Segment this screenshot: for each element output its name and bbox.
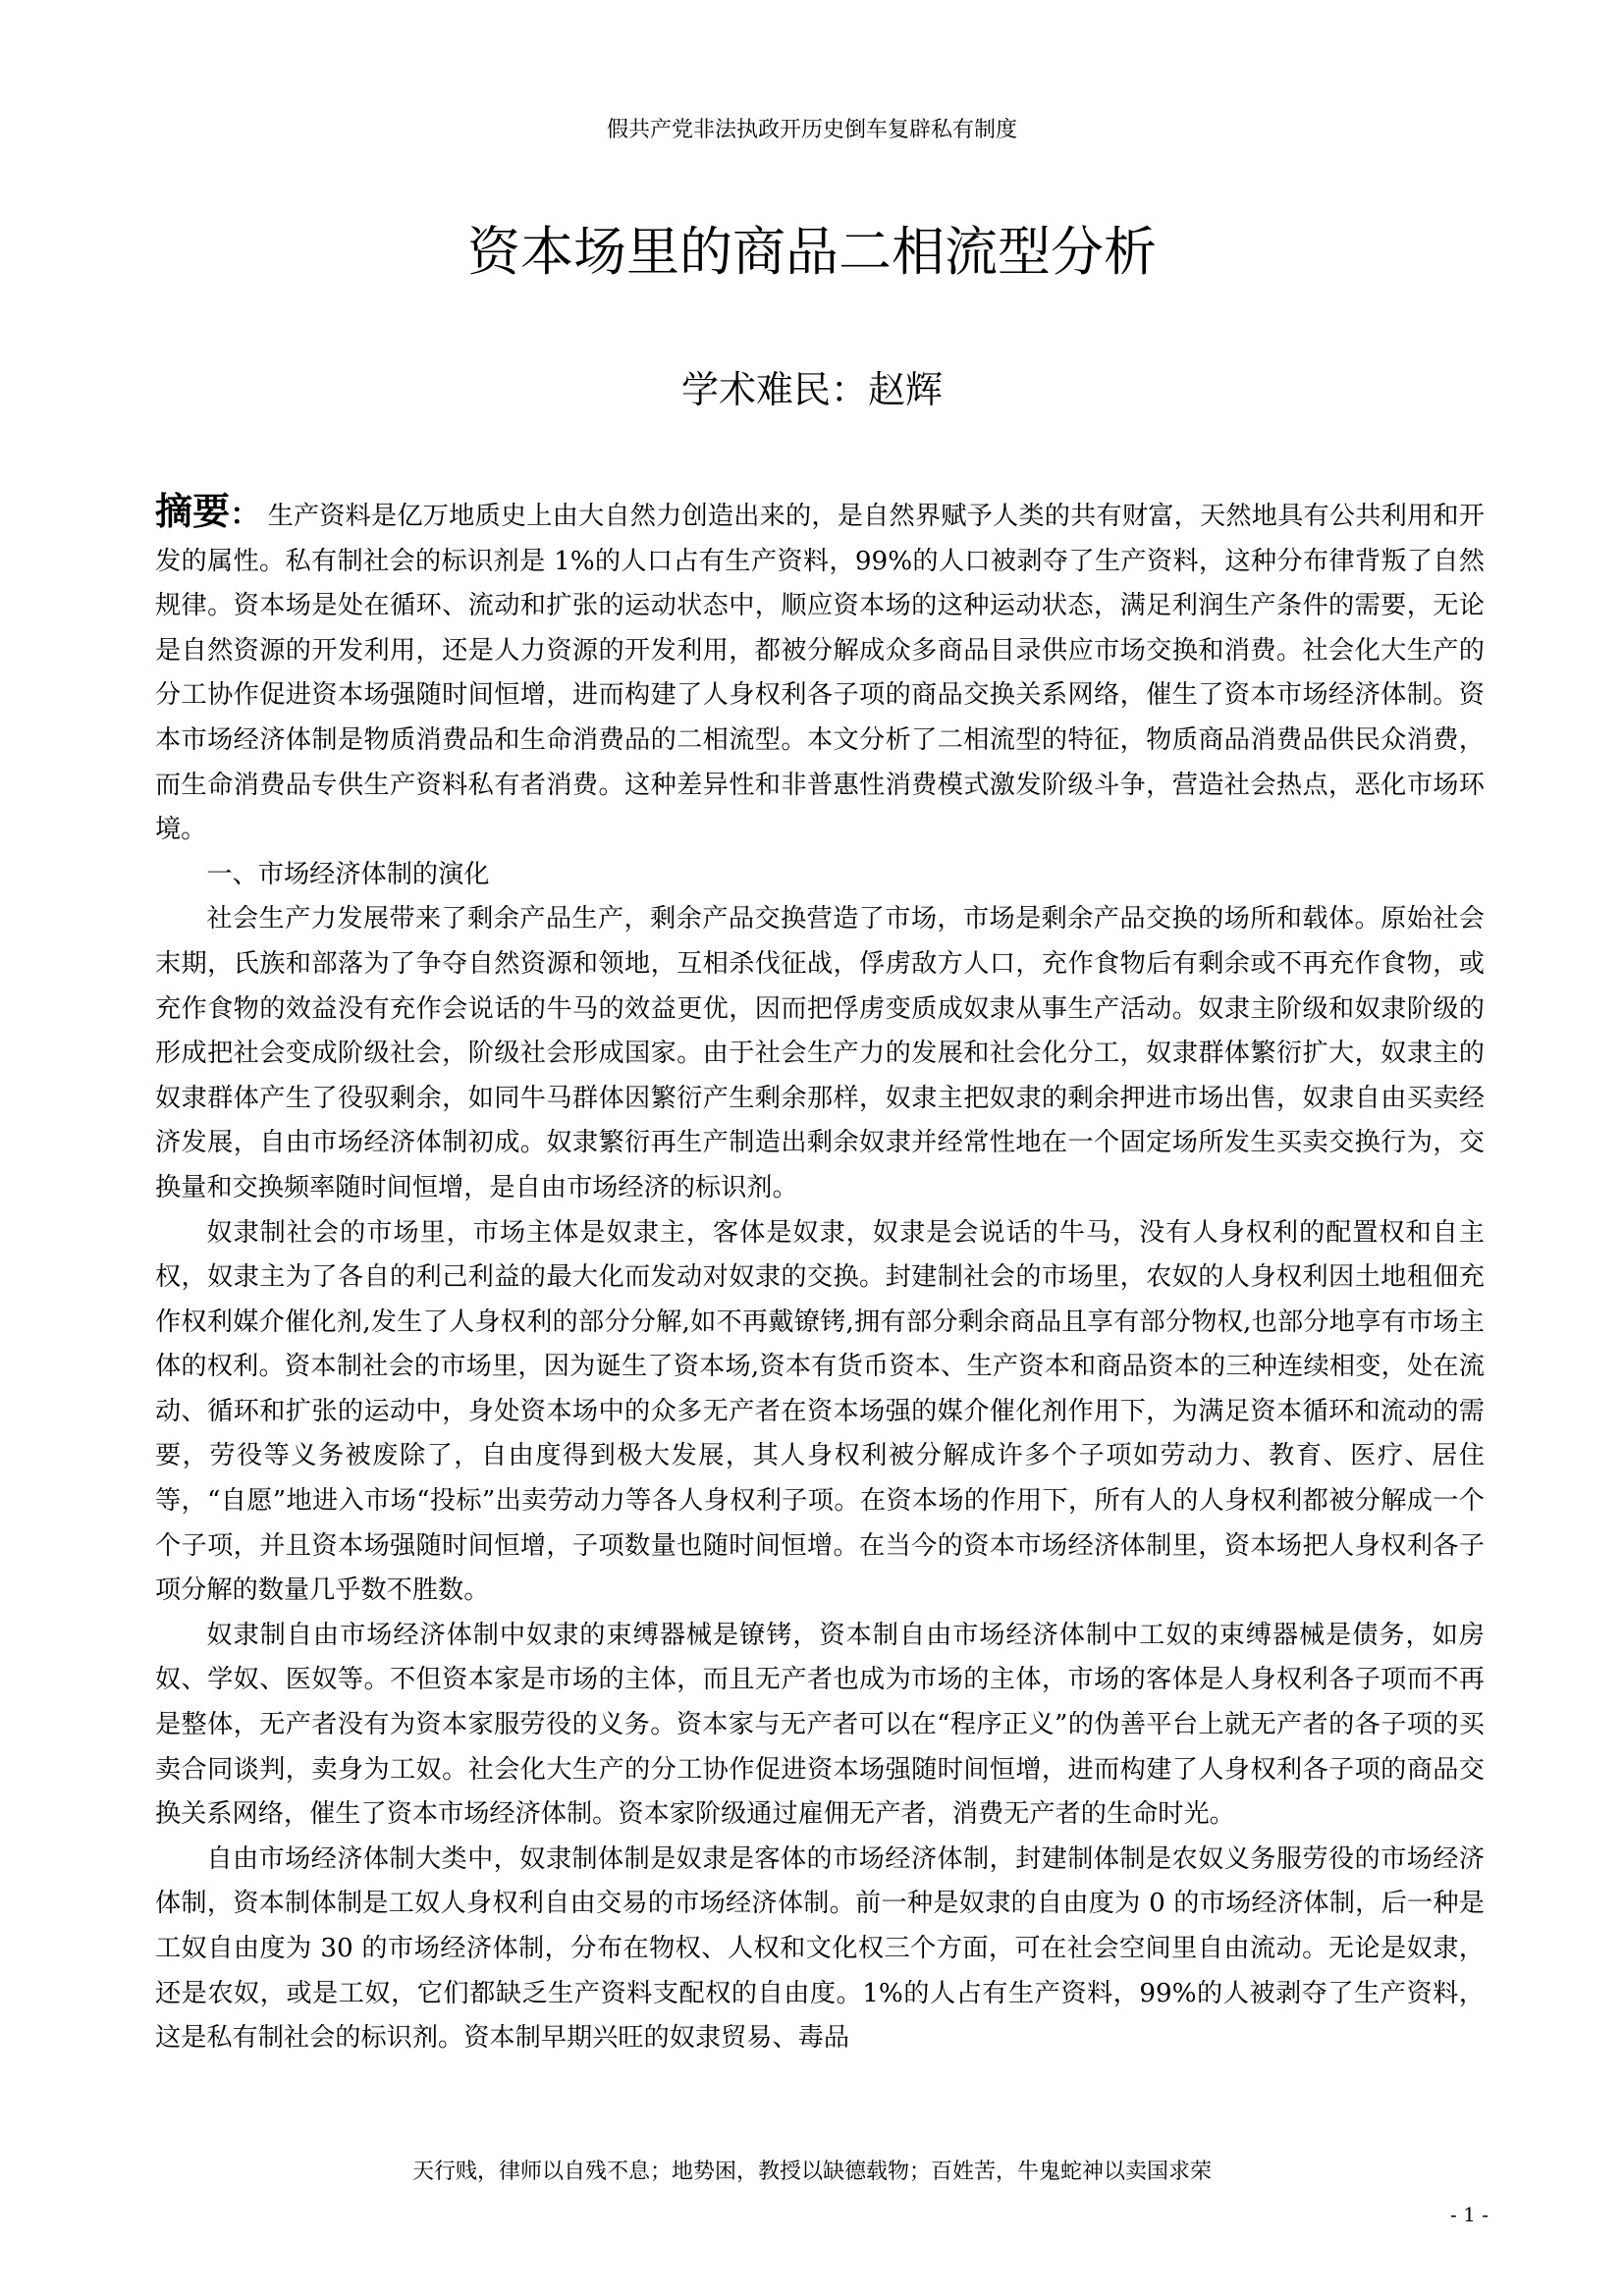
abstract-label: 摘要： (155, 489, 260, 533)
abstract-label-text: 摘要 (155, 489, 230, 533)
abstract-text: 生产资料是亿万地质史上由大自然力创造出来的，是自然界赋予人类的共有财富，天然地具… (155, 502, 1485, 844)
running-footer: 天行贱，律师以自残不息；地势困，教授以缺德载物；百姓苦，牛鬼蛇神以卖国求荣 (0, 2158, 1624, 2187)
paragraph: 奴隶制社会的市场里，市场主体是奴隶主，客体是奴隶，奴隶是会说话的牛马，没有人身权… (155, 1211, 1485, 1614)
paragraph: 奴隶制自由市场经济体制中奴隶的束缚器械是镣铐，资本制自由市场经济体制中工奴的束缚… (155, 1614, 1485, 1838)
article-author: 学术难民：赵辉 (0, 365, 1624, 414)
paragraph: 社会生产力发展带来了剩余产品生产，剩余产品交换营造了市场，市场是剩余产品交换的场… (155, 897, 1485, 1210)
document-page: 假共产党非法执政开历史倒车复辟私有制度 资本场里的商品二相流型分析 学术难民：赵… (0, 0, 1624, 2296)
paragraph: 自由市场经济体制大类中，奴隶制体制是奴隶是客体的市场经济体制，封建制体制是农奴义… (155, 1838, 1485, 2061)
page-number: - 1 - (1450, 2201, 1489, 2228)
article-title: 资本场里的商品二相流型分析 (0, 218, 1624, 287)
abstract-label-colon: ： (230, 498, 259, 532)
abstract: 摘要：生产资料是亿万地质史上由大自然力创造出来的，是自然界赋予人类的共有财富，天… (155, 493, 1485, 853)
section-heading: 一、市场经济体制的演化 (155, 853, 1485, 898)
article-body: 摘要：生产资料是亿万地质史上由大自然力创造出来的，是自然界赋予人类的共有财富，天… (155, 493, 1485, 2061)
running-header: 假共产党非法执政开历史倒车复辟私有制度 (0, 116, 1624, 145)
